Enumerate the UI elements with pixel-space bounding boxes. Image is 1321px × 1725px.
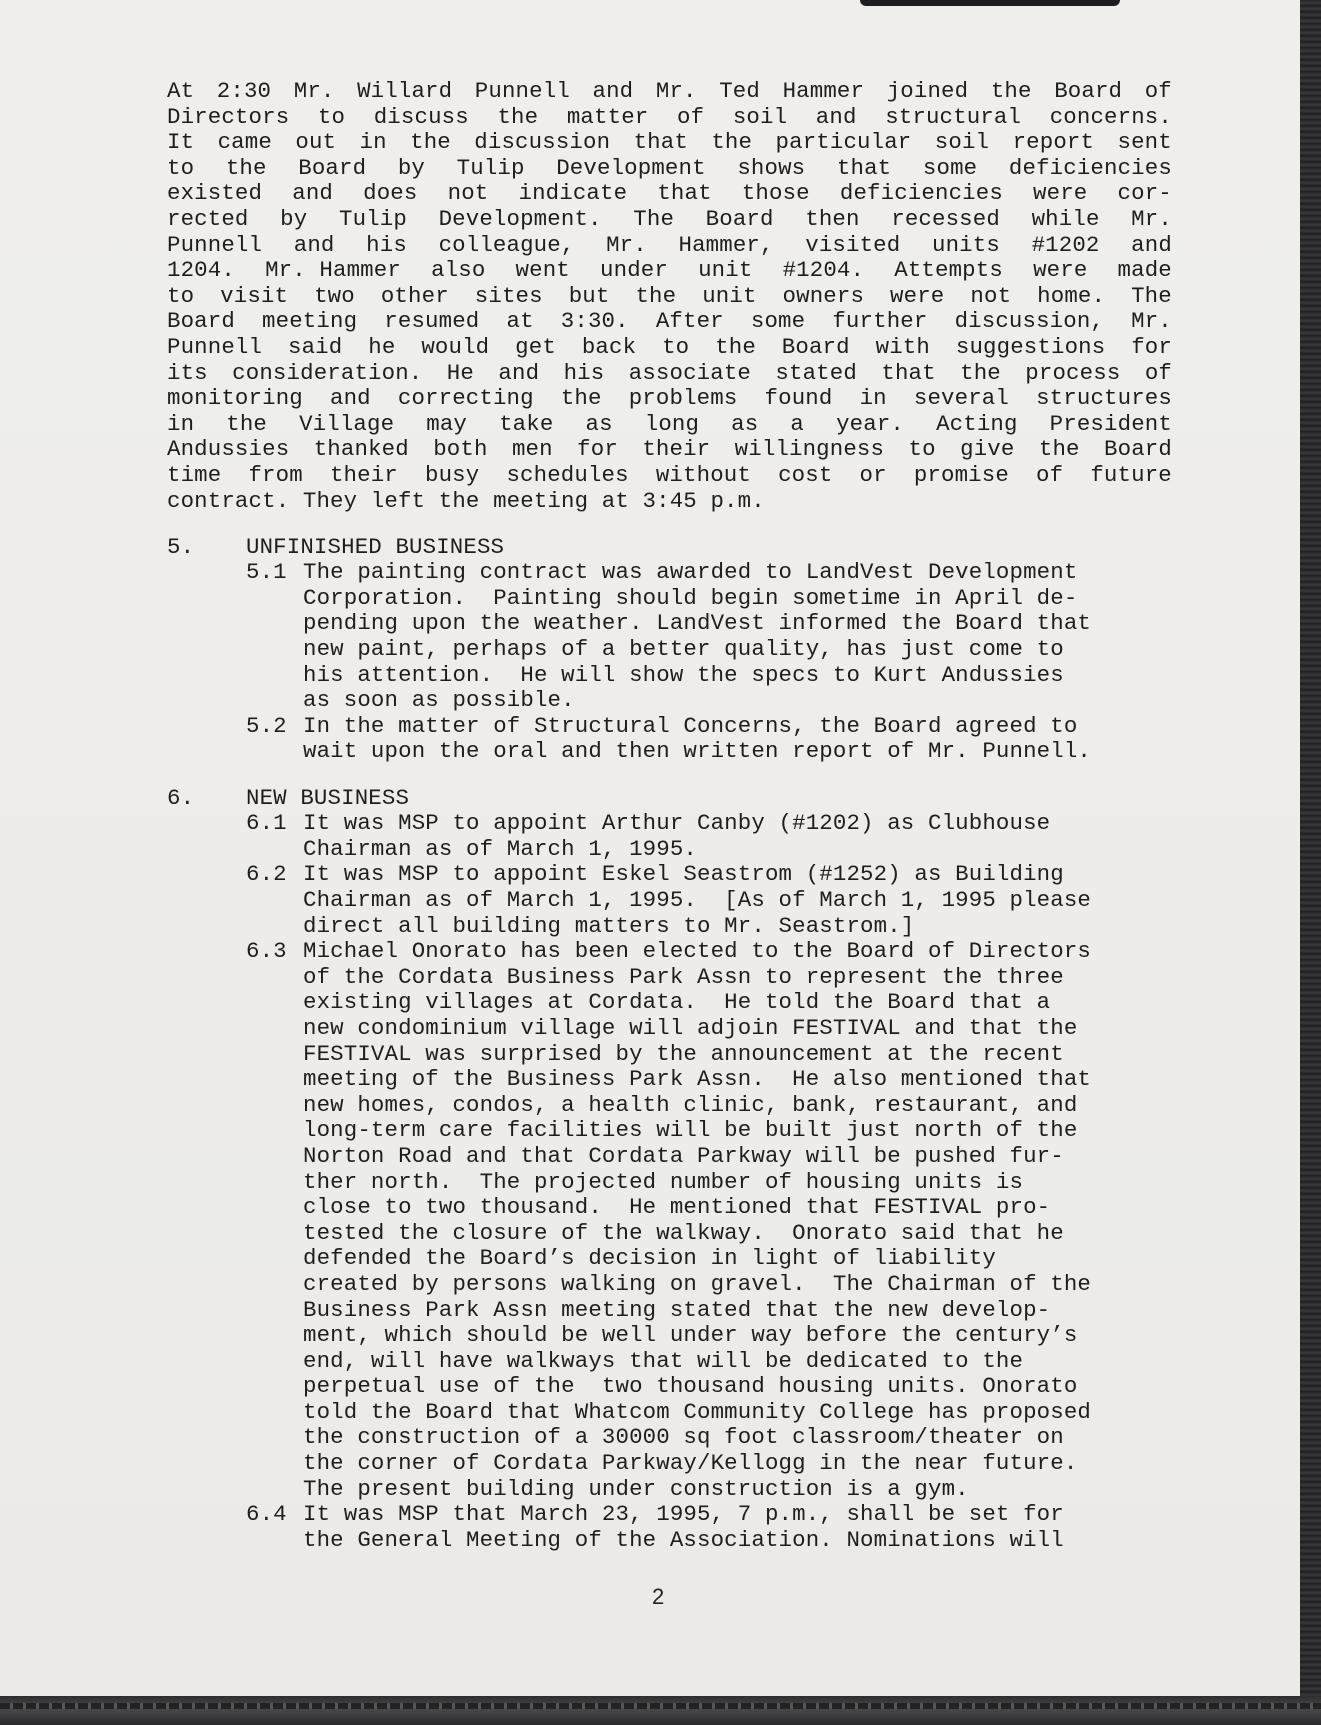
item-line: direct all building matters to Mr. Seast… (303, 914, 1091, 940)
item-line: as soon as possible. (303, 688, 1091, 714)
item-body: It was MSP that March 23, 1995, 7 p.m., … (303, 1502, 1064, 1553)
item-line: It was MSP to appoint Eskel Seastrom (#1… (303, 862, 1091, 888)
document-page: At2:30Mr.WillardPunnellandMr.TedHammerjo… (0, 0, 1300, 1722)
item-line: of the Cordata Business Park Assn to rep… (303, 965, 1091, 991)
item-line: The present building under construction … (303, 1477, 1091, 1503)
item-line: It was MSP to appoint Arthur Canby (#120… (303, 811, 1050, 837)
item-line: defended the Board’s decision in light o… (303, 1246, 1091, 1272)
item-line: existing villages at Cordata. He told th… (303, 990, 1091, 1016)
item-body: Michael Onorato has been elected to the … (303, 939, 1091, 1502)
page-number: 2 (652, 1584, 664, 1610)
item-line: new paint, perhaps of a better quality, … (303, 637, 1091, 663)
paragraph-line: At2:30Mr.WillardPunnellandMr.TedHammerjo… (167, 79, 1172, 105)
item-body: The painting contract was awarded to Lan… (303, 560, 1091, 714)
item-line: Norton Road and that Cordata Parkway wil… (303, 1144, 1091, 1170)
item-line: It was MSP that March 23, 1995, 7 p.m., … (303, 1502, 1064, 1528)
binder-edge-bottom (0, 1696, 1321, 1725)
paragraph-line: Andussiesthankedbothmenfortheirwillingne… (167, 437, 1172, 463)
item-line: meeting of the Business Park Assn. He al… (303, 1067, 1091, 1093)
section-number: 6. (167, 786, 194, 812)
paragraph-line: monitoringandcorrectingtheproblemsfoundi… (167, 386, 1172, 412)
item-line: Michael Onorato has been elected to the … (303, 939, 1091, 965)
paragraph-line: totheBoardbyTulipDevelopmentshowsthatsom… (167, 156, 1172, 182)
section-title: UNFINISHED BUSINESS (246, 535, 504, 561)
item-line: close to two thousand. He mentioned that… (303, 1195, 1091, 1221)
intro-paragraph: At2:30Mr.WillardPunnellandMr.TedHammerjo… (167, 79, 1172, 514)
item-line: FESTIVAL was surprised by the announceme… (303, 1042, 1091, 1068)
item-line: The painting contract was awarded to Lan… (303, 560, 1091, 586)
item-line: ther north. The projected number of hous… (303, 1170, 1091, 1196)
item-line: created by persons walking on gravel. Th… (303, 1272, 1091, 1298)
paragraph-last-line: contract. They left the meeting at 3:45 … (167, 489, 1172, 515)
item-line: new condominium village will adjoin FEST… (303, 1016, 1091, 1042)
item-line: the construction of a 30000 sq foot clas… (303, 1425, 1091, 1451)
binder-edge-right (1300, 0, 1321, 1725)
item-body: In the matter of Structural Concerns, th… (303, 714, 1091, 765)
item-line: the corner of Cordata Parkway/Kellogg in… (303, 1451, 1091, 1477)
paragraph-line: itsconsideration.Heandhisassociatestated… (167, 361, 1172, 387)
paragraph-line: Punnellandhiscolleague,Mr.Hammer,visited… (167, 233, 1172, 259)
paragraph-line: timefromtheirbusyscheduleswithoutcostorp… (167, 463, 1172, 489)
item-body: It was MSP to appoint Eskel Seastrom (#1… (303, 862, 1091, 939)
section-number: 5. (167, 535, 194, 561)
item-number: 5.2 (246, 714, 287, 740)
item-line: tested the closure of the walkway. Onora… (303, 1221, 1091, 1247)
item-line: the General Meeting of the Association. … (303, 1528, 1064, 1554)
paragraph-line: PunnellsaidhewouldgetbacktotheBoardwiths… (167, 335, 1172, 361)
item-line: Chairman as of March 1, 1995. (303, 837, 1050, 863)
item-line: pending upon the weather. LandVest infor… (303, 611, 1091, 637)
section-title: NEW BUSINESS (246, 786, 409, 812)
paragraph-line: rectedbyTulipDevelopment.TheBoardthenrec… (167, 207, 1172, 233)
item-line: told the Board that Whatcom Community Co… (303, 1400, 1091, 1426)
paragraph-line: Directorstodiscussthematterofsoilandstru… (167, 105, 1172, 131)
paragraph-line: Boardmeetingresumedat3:30.Aftersomefurth… (167, 309, 1172, 335)
item-line: his attention. He will show the specs to… (303, 663, 1091, 689)
paragraph-line: 1204.Mr. Hammeralsowentunderunit#1204.At… (167, 258, 1172, 284)
paragraph-line: intheVillagemaytakeaslongasayear.ActingP… (167, 412, 1172, 438)
item-line: ment, which should be well under way bef… (303, 1323, 1091, 1349)
paragraph-line: Itcameoutinthediscussionthattheparticula… (167, 130, 1172, 156)
item-line: Corporation. Painting should begin somet… (303, 586, 1091, 612)
item-number: 6.3 (246, 939, 287, 965)
item-line: end, will have walkways that will be ded… (303, 1349, 1091, 1375)
item-number: 6.1 (246, 811, 287, 837)
item-body: It was MSP to appoint Arthur Canby (#120… (303, 811, 1050, 862)
item-line: long-term care facilities will be built … (303, 1118, 1091, 1144)
item-number: 6.4 (246, 1502, 287, 1528)
item-line: wait upon the oral and then written repo… (303, 739, 1091, 765)
paragraph-line: existedanddoesnotindicatethatthosedefici… (167, 181, 1172, 207)
item-line: Chairman as of March 1, 1995. [As of Mar… (303, 888, 1091, 914)
binder-clip (860, 0, 1120, 6)
item-line: new homes, condos, a health clinic, bank… (303, 1093, 1091, 1119)
item-line: Business Park Assn meeting stated that t… (303, 1298, 1091, 1324)
item-number: 5.1 (246, 560, 287, 586)
item-line: In the matter of Structural Concerns, th… (303, 714, 1091, 740)
paragraph-line: tovisittwoothersitesbuttheunitownerswere… (167, 284, 1172, 310)
item-line: perpetual use of the two thousand housin… (303, 1374, 1091, 1400)
item-number: 6.2 (246, 862, 287, 888)
